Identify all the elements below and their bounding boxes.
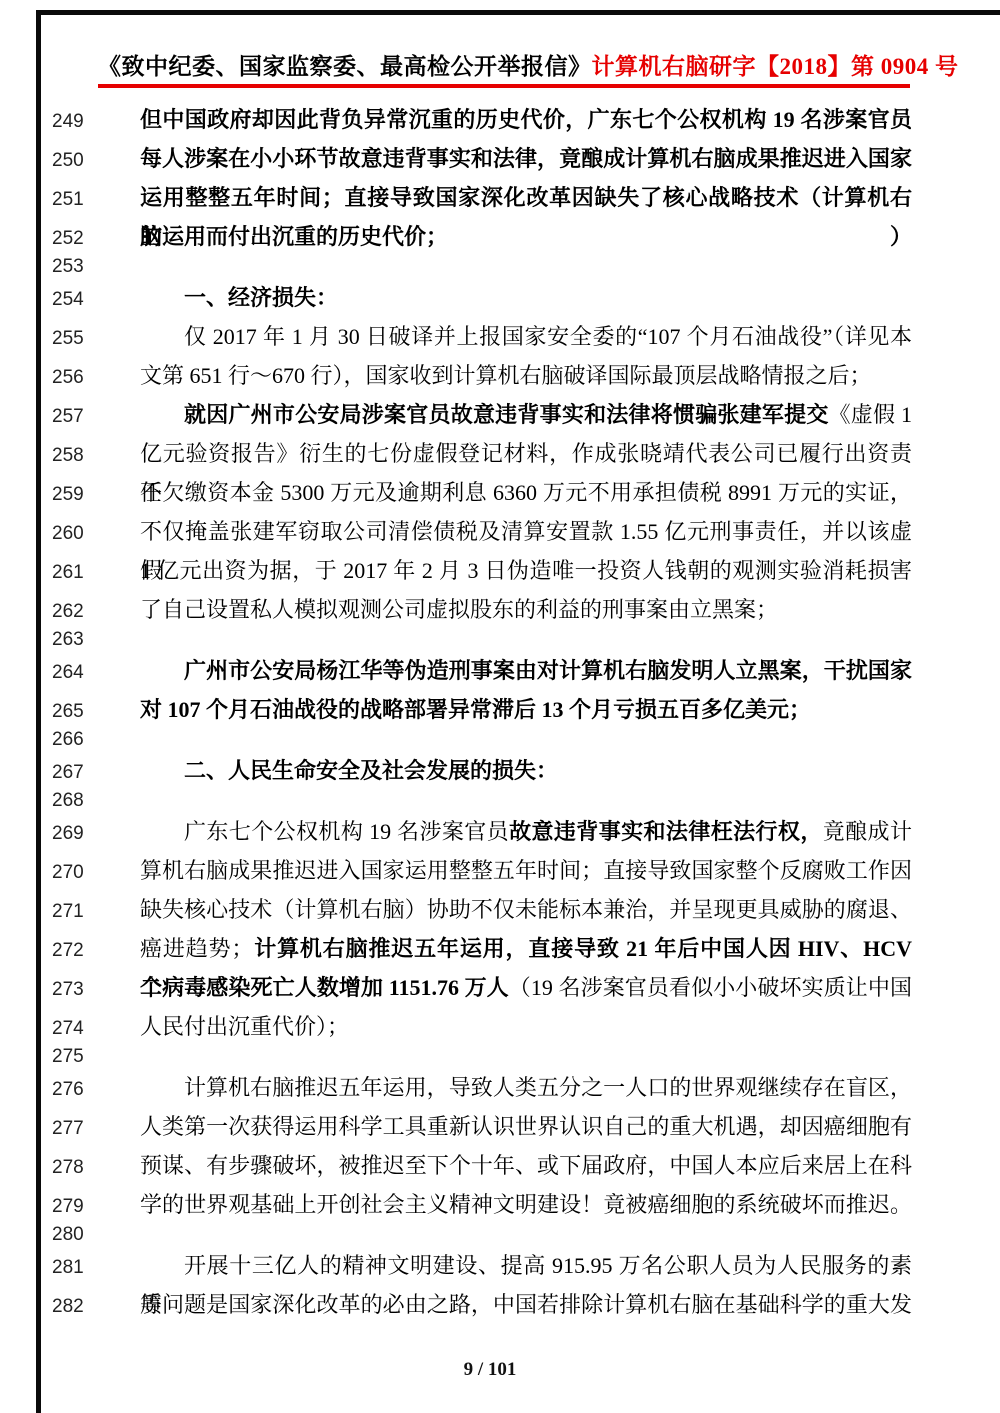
document-line-271: 271缺失核心技术（计算机右脑）协助不仅未能标本兼治，并呈现更具威胁的腐退、 (0, 890, 1000, 929)
line-number: 281 (52, 1248, 90, 1287)
line-text: 一、经济损失： (140, 278, 912, 317)
line-number: 255 (52, 319, 90, 358)
document-line-251: 251运用整整五年时间；直接导致国家深化改革因缺失了核心战略技术（计算机右脑） (0, 178, 1000, 217)
document-line-273: 273个病毒感染死亡人数增加 1151.76 万人（19 名涉案官员看似小小破坏… (0, 968, 1000, 1007)
line-text: 广州市公安局杨江华等伪造刑事案由对计算机右脑发明人立黑案，干扰国家 (140, 651, 912, 690)
document-body: 249但中国政府却因此背负异常沉重的历史代价，广东七个公权机构 19 名涉案官员… (0, 100, 1000, 1324)
line-number: 266 (52, 729, 90, 751)
line-text: 的运用而付出沉重的历史代价； (140, 217, 912, 256)
line-text: 等问题是国家深化改革的必由之路，中国若排除计算机右脑在基础科学的重大发 (140, 1285, 912, 1324)
line-number: 263 (52, 629, 90, 651)
page-number: 9 / 101 (464, 1359, 517, 1380)
line-text: 个病毒感染死亡人数增加 1151.76 万人（19 名涉案官员看似小小破坏实质让… (140, 968, 912, 1007)
document-line-255: 255仅 2017 年 1 月 30 日破译并上报国家安全委的“107 个月石油… (0, 317, 1000, 356)
document-line-275: 275 (0, 1046, 1000, 1068)
document-line-258: 258亿元验资报告》衍生的七份虚假登记材料，作成张晓靖代表公司已履行出资责任， (0, 434, 1000, 473)
document-line-270: 270算机右脑成果推迟进入国家运用整整五年时间；直接导致国家整个反腐败工作因 (0, 851, 1000, 890)
line-number: 267 (52, 753, 90, 792)
line-number: 280 (52, 1224, 90, 1246)
document-line-264: 264广州市公安局杨江华等伪造刑事案由对计算机右脑发明人立黑案，干扰国家 (0, 651, 1000, 690)
line-text: 1 亿元出资为据，于 2017 年 2 月 3 日伪造唯一投资人钱朝的观测实验消… (140, 551, 912, 590)
document-line-259: 259不欠缴资本金 5300 万元及逾期利息 6360 万元不用承担债税 899… (0, 473, 1000, 512)
line-number: 278 (52, 1148, 90, 1187)
document-line-260: 260不仅掩盖张建军窃取公司清偿债税及清算安置款 1.55 亿元刑事责任，并以该… (0, 512, 1000, 551)
line-number: 274 (52, 1009, 90, 1048)
line-text: 对 107 个月石油战役的战略部署异常滞后 13 个月亏损五百多亿美元； (140, 690, 912, 729)
line-number: 268 (52, 790, 90, 812)
document-line-261: 2611 亿元出资为据，于 2017 年 2 月 3 日伪造唯一投资人钱朝的观测… (0, 551, 1000, 590)
document-line-257: 257就因广州市公安局涉案官员故意违背事实和法律将惯骗张建军提交《虚假 1 (0, 395, 1000, 434)
header-red-rule (98, 84, 910, 88)
line-number: 279 (52, 1187, 90, 1226)
line-text: 缺失核心技术（计算机右脑）协助不仅未能标本兼治，并呈现更具威胁的腐退、 (140, 890, 912, 929)
document-number: 计算机右脑研字【2018】第 0904 号 (592, 48, 959, 81)
line-number: 254 (52, 280, 90, 319)
line-number: 264 (52, 653, 90, 692)
document-line-269: 269广东七个公权机构 19 名涉案官员故意违背事实和法律枉法行权，竟酿成计 (0, 812, 1000, 851)
document-line-274: 274人民付出沉重代价）； (0, 1007, 1000, 1046)
document-line-280: 280 (0, 1224, 1000, 1246)
line-text: 广东七个公权机构 19 名涉案官员故意违背事实和法律枉法行权，竟酿成计 (140, 812, 912, 851)
line-number: 250 (52, 141, 90, 180)
document-line-277: 277人类第一次获得运用科学工具重新认识世界认识自己的重大机遇，却因癌细胞有 (0, 1107, 1000, 1146)
line-text: 每人涉案在小小环节故意违背事实和法律，竟酿成计算机右脑成果推迟进入国家 (140, 139, 912, 178)
line-number: 253 (52, 256, 90, 278)
line-number: 276 (52, 1070, 90, 1109)
document-line-266: 266 (0, 729, 1000, 751)
line-number: 262 (52, 592, 90, 631)
line-text: 算机右脑成果推迟进入国家运用整整五年时间；直接导致国家整个反腐败工作因 (140, 851, 912, 890)
line-number: 272 (52, 931, 90, 970)
line-text: 人民付出沉重代价）； (140, 1007, 912, 1046)
document-line-279: 279学的世界观基础上开创社会主义精神文明建设！竟被癌细胞的系统破坏而推迟。 (0, 1185, 1000, 1224)
line-number: 273 (52, 970, 90, 1009)
document-title: 《致中纪委、国家监察委、最高检公开举报信》 (98, 48, 592, 81)
line-number: 258 (52, 436, 90, 475)
line-number: 282 (52, 1287, 90, 1326)
page-header: 《致中纪委、国家监察委、最高检公开举报信》 计算机右脑研字【2018】第 090… (98, 48, 910, 81)
line-number: 275 (52, 1046, 90, 1068)
line-number: 249 (52, 102, 90, 141)
document-line-268: 268 (0, 790, 1000, 812)
document-line-278: 278预谋、有步骤破坏，被推迟至下个十年、或下届政府，中国人本应后来居上在科 (0, 1146, 1000, 1185)
document-line-249: 249但中国政府却因此背负异常沉重的历史代价，广东七个公权机构 19 名涉案官员 (0, 100, 1000, 139)
line-number: 271 (52, 892, 90, 931)
line-text: 仅 2017 年 1 月 30 日破译并上报国家安全委的“107 个月石油战役”… (140, 317, 912, 356)
document-line-263: 263 (0, 629, 1000, 651)
line-text: 文第 651 行～670 行），国家收到计算机右脑破译国际最顶层战略情报之后； (140, 356, 912, 395)
document-line-252: 252的运用而付出沉重的历史代价； (0, 217, 1000, 256)
document-line-253: 253 (0, 256, 1000, 278)
line-text: 预谋、有步骤破坏，被推迟至下个十年、或下届政府，中国人本应后来居上在科 (140, 1146, 912, 1185)
document-line-267: 267二、人民生命安全及社会发展的损失： (0, 751, 1000, 790)
line-text: 但中国政府却因此背负异常沉重的历史代价，广东七个公权机构 19 名涉案官员 (140, 100, 912, 139)
line-number: 252 (52, 219, 90, 258)
line-text: 不欠缴资本金 5300 万元及逾期利息 6360 万元不用承担债税 8991 万… (140, 473, 912, 512)
document-line-281: 281开展十三亿人的精神文明建设、提高 915.95 万名公职人员为人民服务的素… (0, 1246, 1000, 1285)
line-text: 计算机右脑推迟五年运用，导致人类五分之一人口的世界观继续存在盲区， (140, 1068, 912, 1107)
line-text: 学的世界观基础上开创社会主义精神文明建设！竟被癌细胞的系统破坏而推迟。 (140, 1185, 912, 1224)
page-footer: 9 / 101 (0, 1359, 980, 1381)
document-line-262: 262了自己设置私人模拟观测公司虚拟股东的利益的刑事案由立黑案； (0, 590, 1000, 629)
line-number: 257 (52, 397, 90, 436)
line-number: 261 (52, 553, 90, 592)
line-text: 人类第一次获得运用科学工具重新认识世界认识自己的重大机遇，却因癌细胞有 (140, 1107, 912, 1146)
line-text: 就因广州市公安局涉案官员故意违背事实和法律将惯骗张建军提交《虚假 1 (140, 395, 912, 434)
document-line-254: 254一、经济损失： (0, 278, 1000, 317)
line-text: 二、人民生命安全及社会发展的损失： (140, 751, 912, 790)
document-line-250: 250每人涉案在小小环节故意违背事实和法律，竟酿成计算机右脑成果推迟进入国家 (0, 139, 1000, 178)
document-line-282: 282等问题是国家深化改革的必由之路，中国若排除计算机右脑在基础科学的重大发 (0, 1285, 1000, 1324)
line-number: 269 (52, 814, 90, 853)
document-line-256: 256文第 651 行～670 行），国家收到计算机右脑破译国际最顶层战略情报之… (0, 356, 1000, 395)
line-number: 270 (52, 853, 90, 892)
line-text: 了自己设置私人模拟观测公司虚拟股东的利益的刑事案由立黑案； (140, 590, 912, 629)
document-line-265: 265对 107 个月石油战役的战略部署异常滞后 13 个月亏损五百多亿美元； (0, 690, 1000, 729)
scan-border-top (36, 10, 1000, 15)
line-number: 251 (52, 180, 90, 219)
document-line-272: 272癌进趋势；计算机右脑推迟五年运用，直接导致 21 年后中国人因 HIV、H… (0, 929, 1000, 968)
line-number: 265 (52, 692, 90, 731)
line-number: 259 (52, 475, 90, 514)
line-number: 260 (52, 514, 90, 553)
line-number: 256 (52, 358, 90, 397)
document-line-276: 276计算机右脑推迟五年运用，导致人类五分之一人口的世界观继续存在盲区， (0, 1068, 1000, 1107)
line-number: 277 (52, 1109, 90, 1148)
